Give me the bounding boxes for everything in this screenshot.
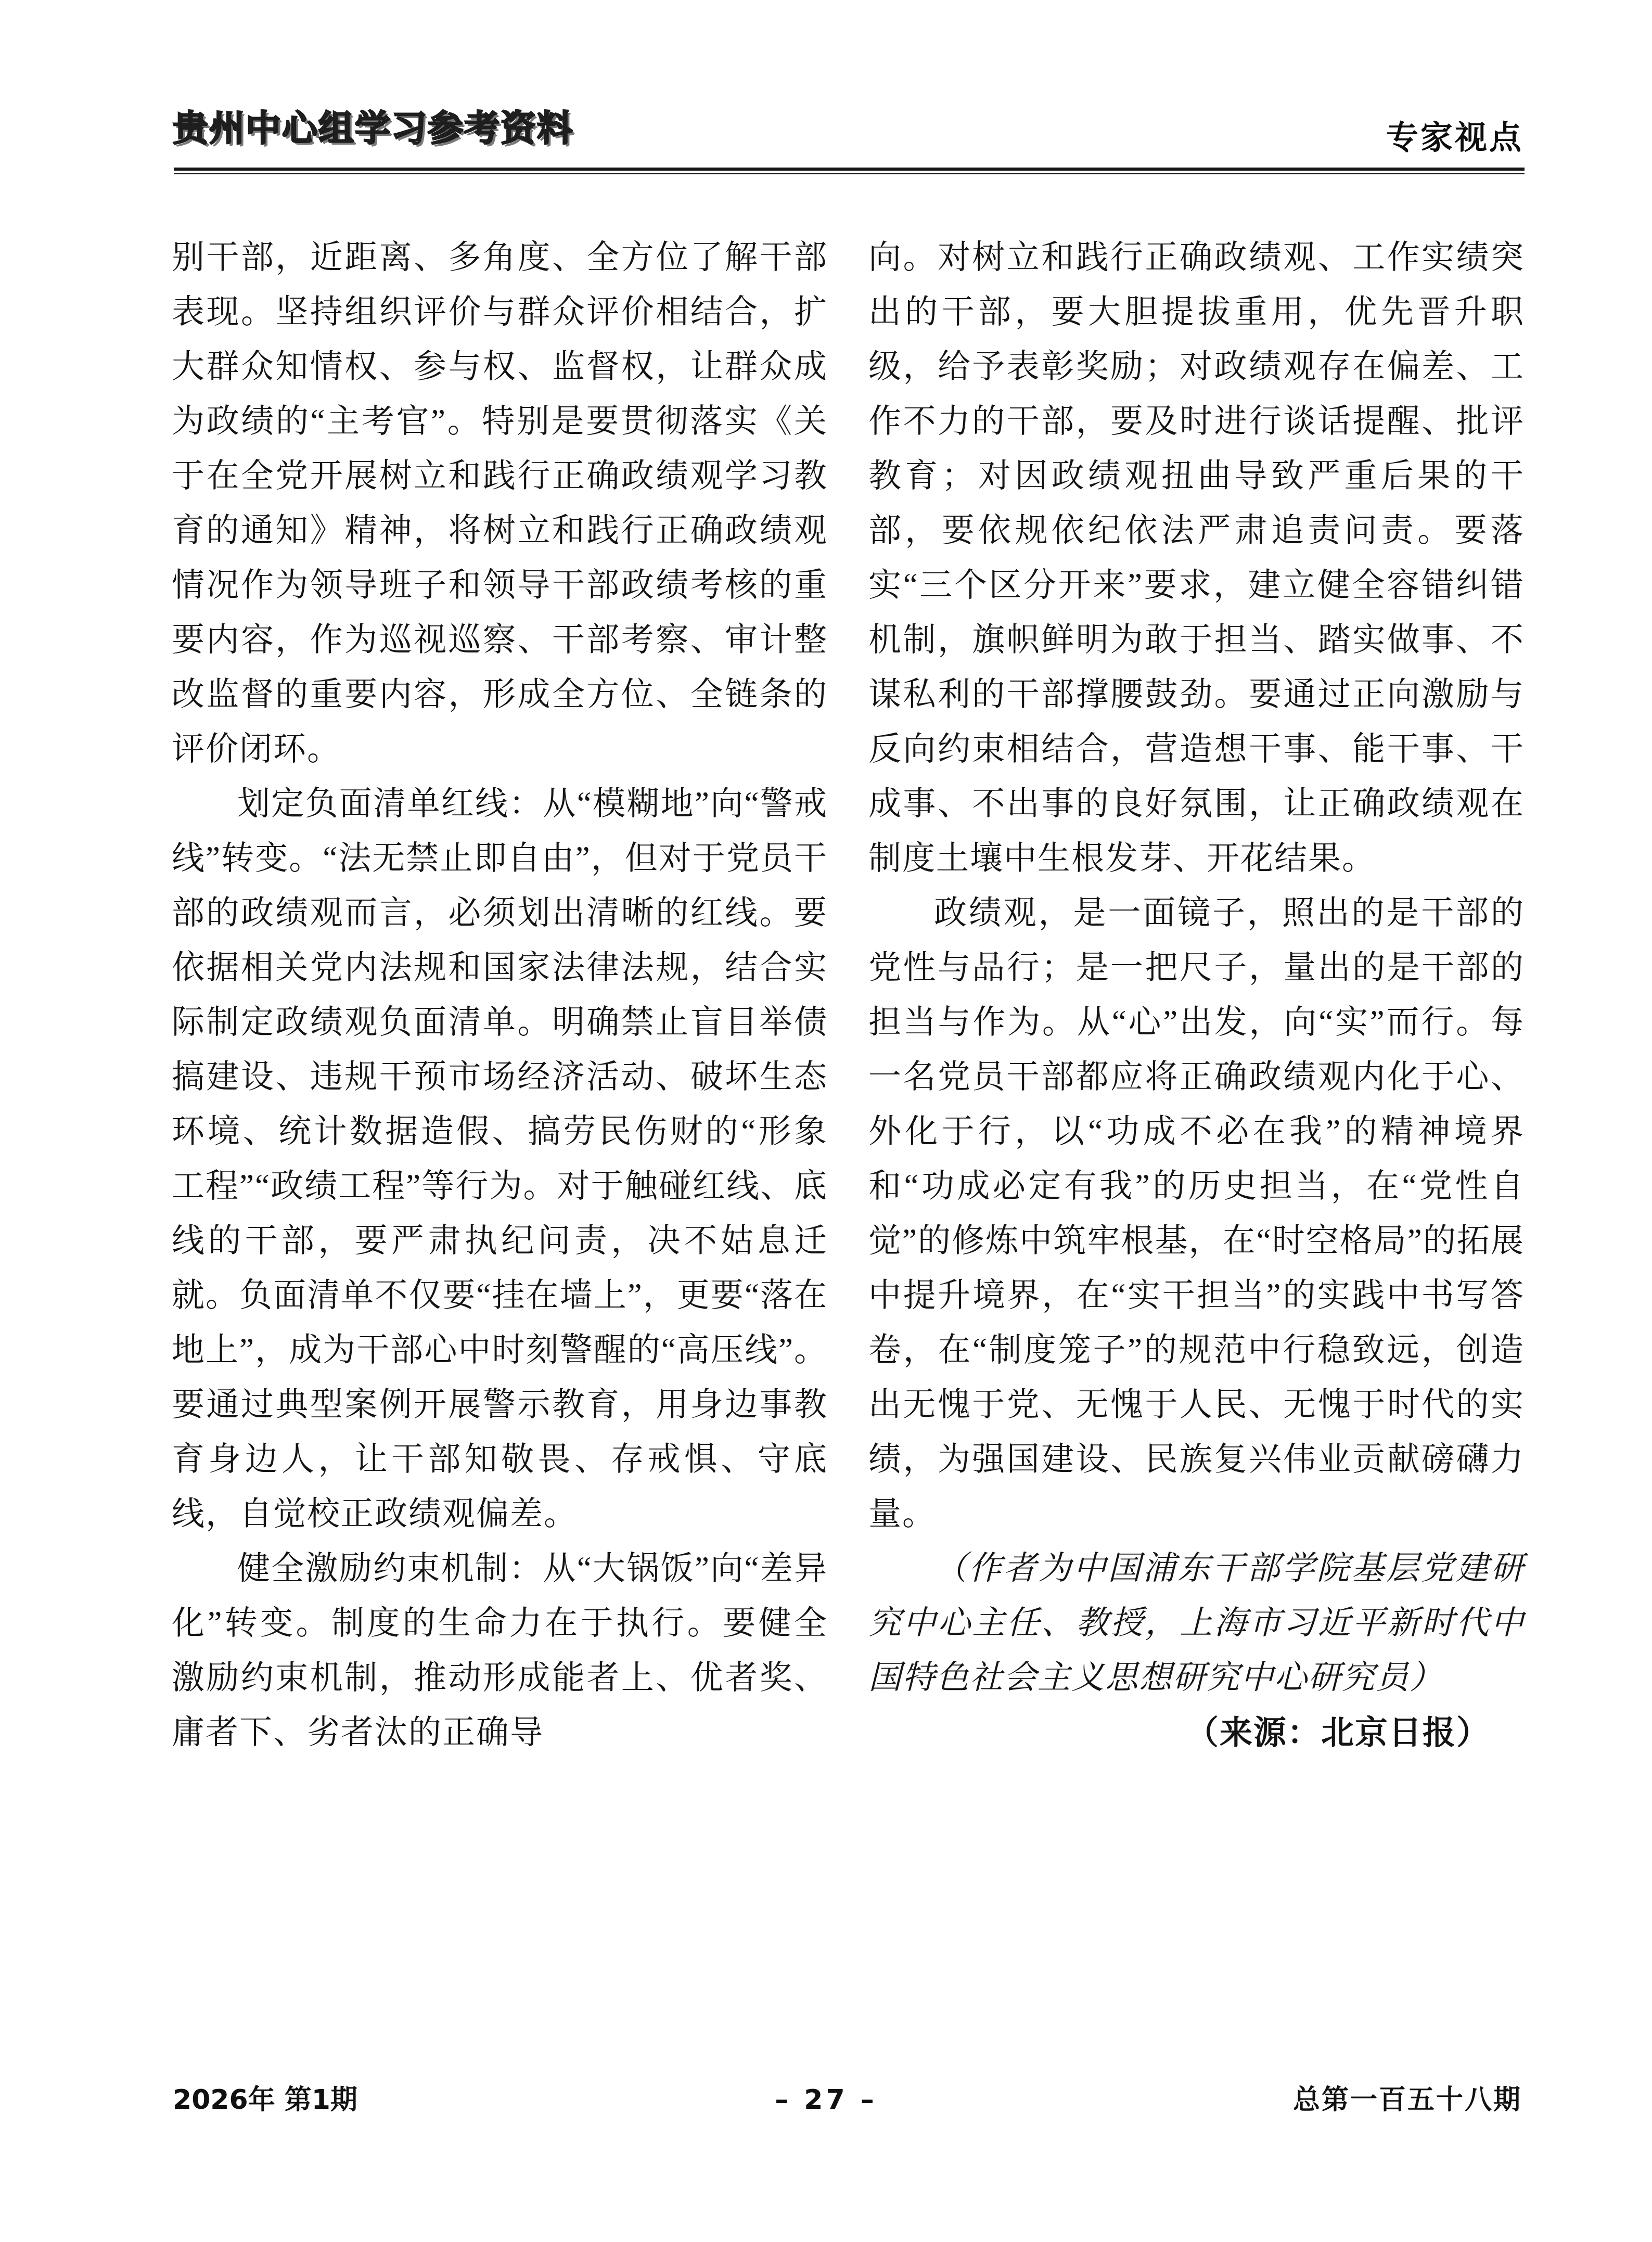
article-body: 别干部，近距离、多角度、全方位了解干部表现。坚持组织评价与群众评价相结合，扩大群… bbox=[172, 230, 1525, 1760]
magazine-page: 贵州中心组学习参考资料 专家视点 别干部，近距离、多角度、全方位了解干部表现。坚… bbox=[0, 0, 1652, 2242]
right-column: 向。对树立和践行正确政绩观、工作实绩突出的干部，要大胆提拔重用，优先晋升职级，给… bbox=[868, 230, 1525, 1760]
section-title: 专家视点 bbox=[1386, 122, 1523, 154]
paragraph: （来源：北京日报） bbox=[868, 1705, 1525, 1760]
header-rule bbox=[174, 168, 1525, 174]
paragraph: 别干部，近距离、多角度、全方位了解干部表现。坚持组织评价与群众评价相结合，扩大群… bbox=[172, 230, 828, 776]
paragraph: 划定负面清单红线：从“模糊地”向“警戒线”转变。“法无禁止即自由”，但对于党员干… bbox=[172, 776, 828, 1541]
cumulative-issue-label: 总第一百五十八期 bbox=[1293, 2085, 1522, 2115]
paragraph: （作者为中国浦东干部学院基层党建研究中心主任、教授，上海市习近平新时代中国特色社… bbox=[868, 1541, 1525, 1705]
paragraph: 政绩观，是一面镜子，照出的是干部的党性与品行；是一把尺子，量出的是干部的担当与作… bbox=[868, 886, 1525, 1541]
page-number: – 27 – bbox=[775, 2085, 877, 2115]
paragraph: 向。对树立和践行正确政绩观、工作实绩突出的干部，要大胆提拔重用，优先晋升职级，给… bbox=[868, 230, 1525, 886]
left-column: 别干部，近距离、多角度、全方位了解干部表现。坚持组织评价与群众评价相结合，扩大群… bbox=[172, 230, 828, 1760]
journal-logo: 贵州中心组学习参考资料 bbox=[173, 111, 573, 147]
issue-label: 2026年 第1期 bbox=[173, 2085, 357, 2115]
paragraph: 健全激励约束机制：从“大锅饭”向“差异化”转变。制度的生命力在于执行。要健全激励… bbox=[172, 1541, 828, 1760]
